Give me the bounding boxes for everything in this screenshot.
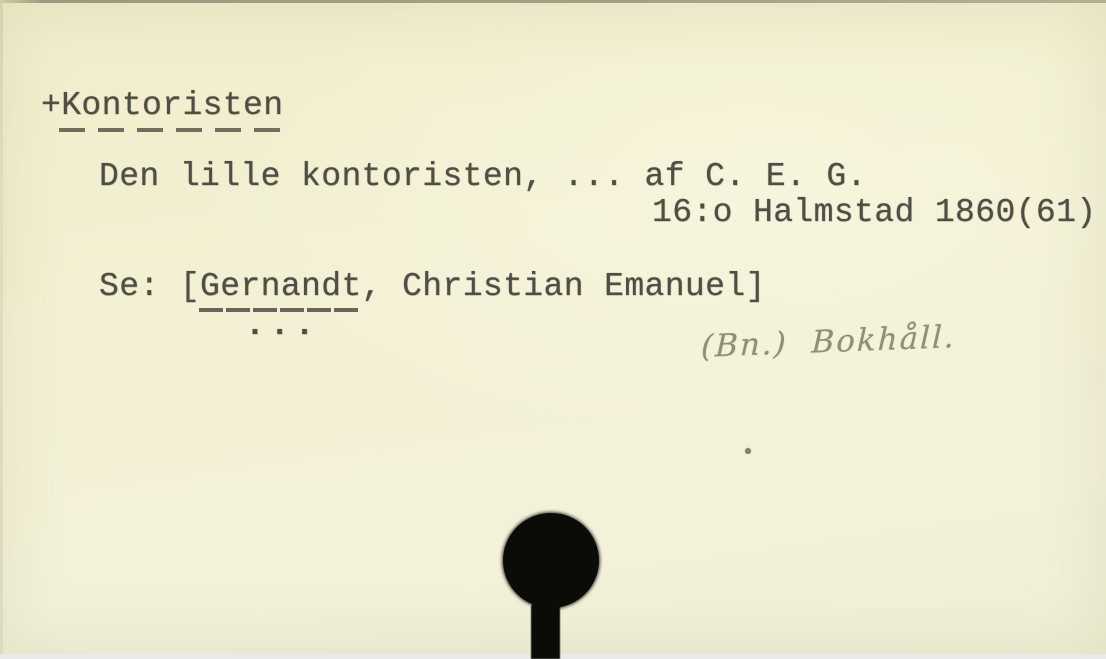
- see-reference-name-underlined: Gernandt: [200, 270, 362, 303]
- card-heading: +Kontoristen: [41, 89, 283, 122]
- see-reference-line: Se: [Gernandt, Christian Emanuel]: [99, 270, 766, 303]
- handwritten-pencil-note: (Bn.) Bokhåll.: [701, 319, 957, 365]
- card-left-edge: [0, 0, 3, 654]
- imprint-line: 16:o Halmstad 1860(61): [652, 196, 1096, 229]
- card-top-edge: [0, 0, 1106, 3]
- heading-plus-sign: +: [41, 87, 61, 124]
- see-reference-suffix: , Christian Emanuel]: [362, 268, 766, 305]
- heading-title-underlined: Kontoristen: [61, 89, 283, 122]
- ellipsis-marks: ...: [245, 309, 319, 342]
- punch-hole-slot: [531, 603, 560, 659]
- title-statement-line: Den lille kontoristen, ... af C. E. G.: [99, 160, 867, 193]
- see-reference-prefix: Se: [: [99, 268, 200, 305]
- ink-speck: [745, 448, 751, 454]
